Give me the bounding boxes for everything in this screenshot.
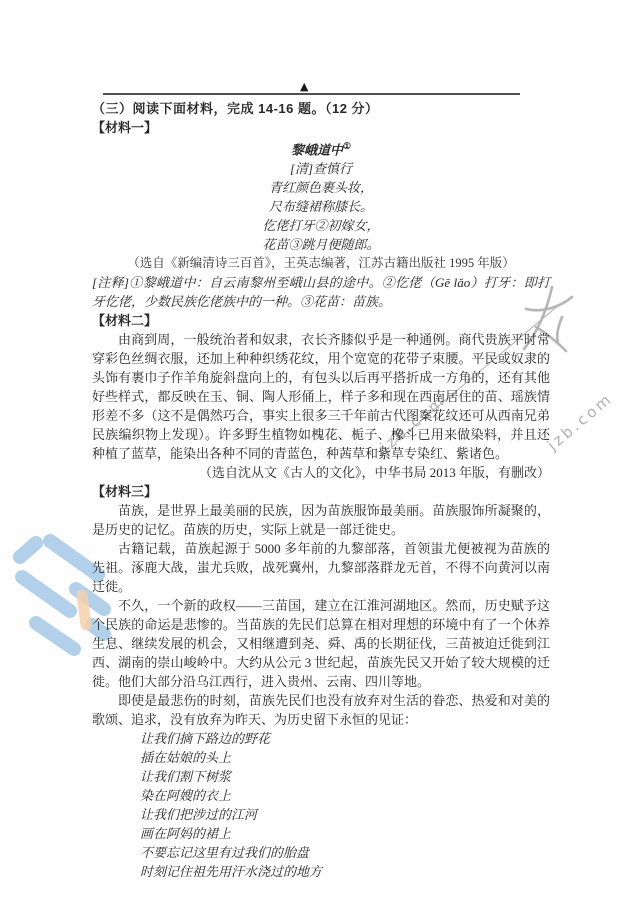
reading-materials-section: （三）阅读下面材料，完成 14-16 题。（12 分） 【材料一】 黎峨道中① …: [92, 99, 550, 881]
material-two-source-citation: （选自沈从文《古人的文化》，中华书局 2013 年版，有删改）: [92, 463, 550, 482]
material-three-paragraph: 古籍记载，苗族起源于 5000 多年前的九黎部落，首领蚩尤便被视为苗族的先祖。涿…: [92, 539, 550, 596]
verse-line: 时刻记住祖先用汗水浇过的地方: [140, 862, 550, 881]
verse-line: 不要忘记这里有过我们的胎盘: [140, 843, 550, 862]
poem-title-text: 黎峨道中: [291, 142, 343, 157]
material-one-label: 【材料一】: [92, 118, 550, 137]
section-heading: （三）阅读下面材料，完成 14-16 题。（12 分）: [92, 99, 550, 118]
verse-line: 画在阿妈的裙上: [140, 824, 550, 843]
miao-verse-block: 让我们摘下路边的野花 插在姑娘的头上 让我们割下树浆 染在阿嫂的衣上 让我们把涉…: [140, 729, 550, 881]
poem-block: 黎峨道中① [清]查慎行 青红颜色裹头妆， 尺布缝裙称膝长。 仡佬打牙②初嫁女，…: [92, 137, 550, 254]
poem-line: 青红颜色裹头妆，: [92, 178, 550, 197]
exam-document-page: jzb.com jzb.com ▲ （三）阅读下面材料，完成 14-16 题。（…: [0, 0, 640, 905]
verse-line: 让我们把涉过的江河: [140, 805, 550, 824]
verse-line: 染在阿嫂的衣上: [140, 786, 550, 805]
poem-line: 尺布缝裙称膝长。: [92, 197, 550, 216]
material-three-label: 【材料三】: [92, 482, 550, 501]
verse-line: 插在姑娘的头上: [140, 748, 550, 767]
poem-footnotes: [注释]①黎峨道中：自云南黎州至峨山县的途中。②仡佬（Gē lǎo）打牙：即打牙…: [92, 273, 550, 311]
material-three-paragraph: 苗族，是世界上最美丽的民族，因为苗族服饰最美丽。苗族服饰所凝聚的，是历史的记忆。…: [92, 501, 550, 539]
poem-title: 黎峨道中①: [92, 137, 550, 159]
verse-line: 让我们割下树浆: [140, 767, 550, 786]
verse-line: 让我们摘下路边的野花: [140, 729, 550, 748]
poem-author: [清]查慎行: [92, 159, 550, 178]
poem-source-citation: （选自《新编清诗三百首》，王英志编著，江苏古籍出版社 1995 年版）: [92, 254, 550, 273]
material-three-paragraph: 不久，一个新的政权——三苗国，建立在江淮河湖地区。然而，历史赋予这个民族的命运是…: [92, 596, 550, 691]
poem-line: 仡佬打牙②初嫁女，: [92, 216, 550, 235]
header-divider-line: [103, 93, 520, 95]
material-three-paragraph: 即使是最悲伤的时刻，苗族先民们也没有放弃对生活的眷恋、热爱和对美的歌颂、追求，没…: [92, 691, 550, 729]
material-two-paragraph: 由商到周，一般统治者和奴隶，衣长齐膝似乎是一种通例。商代贵族平时常穿彩色丝绸衣服…: [92, 330, 550, 463]
url-watermark: jzb.com: [544, 389, 617, 455]
material-two-label: 【材料二】: [92, 311, 550, 330]
poem-line: 花苗③跳月便随郎。: [92, 235, 550, 254]
poem-title-note-number: ①: [343, 141, 351, 151]
